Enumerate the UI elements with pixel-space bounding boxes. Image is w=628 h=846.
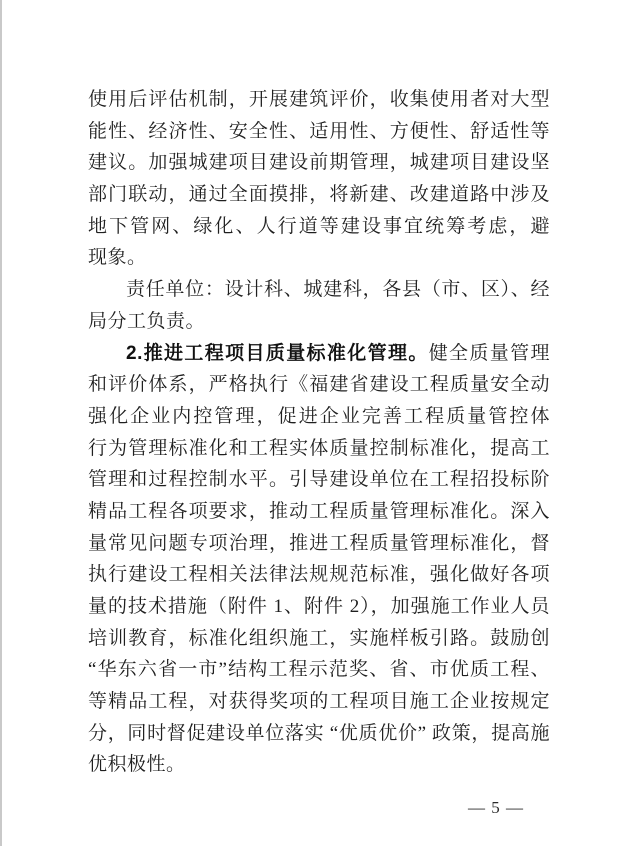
document-page: 使用后评估机制，开展建筑评价，收集使用者对大型公共建筑功 能性、经济性、安全性、… [0,0,628,846]
page-number: — 5 — [468,798,524,818]
document-body: 使用后评估机制，开展建筑评价，收集使用者对大型公共建筑功 能性、经济性、安全性、… [88,84,550,781]
section-heading: 2.推进工程项目质量标准化管理。 [126,343,429,364]
paragraph-item-2: 2.推进工程项目质量标准化管理。健全质量管理标准化制度 和评价体系，严格执行《福… [88,338,550,782]
text-line: 强化企业内控管理，促进企业完善工程质量管控体系，推进质量 [88,401,550,433]
text-line: 建议。加强城建项目建设前期管理，城建项目建设坚持系统思维、 [88,147,550,179]
text-line: 地下管网、绿化、人行道等建设事宜统筹考虑，避免“马路拉链” [88,211,550,243]
text-line: 量常见问题专项治理，推进工程质量管理标准化，督促企业严格 [88,528,550,560]
text-line: 培训教育，标准化组织施工，实施样板引路。鼓励创建“鲁班奖”、 [88,623,550,655]
text-line: 局分工负责。 [88,306,550,338]
text-line: 能性、经济性、安全性、适用性、方便性、舒适性等方面的意见 [88,116,550,148]
text-line-with-heading: 2.推进工程项目质量标准化管理。健全质量管理标准化制度 [88,338,550,370]
text-line: 使用后评估机制，开展建筑评价，收集使用者对大型公共建筑功 [88,84,550,116]
text-line: 分，同时督促建设单位落实 “优质优价” 政策，提高施工企业创 [88,718,550,750]
text-line: “华东六省一市”结构工程示范奖、省、市优质工程、优良项目 [88,654,550,686]
text-line: 和评价体系，严格执行《福建省建设工程质量安全动态监管办法》， [88,369,550,401]
text-line: 量的技术措施（附件 1、附件 2），加强施工作业人员技术交底和 [88,591,550,623]
text-line: 等精品工程，对获得奖项的工程项目施工企业按规定予以信用加 [88,686,550,718]
text-line: 优积极性。 [88,749,550,781]
text-line: 现象。 [88,242,550,274]
text-line: 管理和过程控制水平。引导建设单位在工程招投标阶段落实打造 [88,464,550,496]
paragraph-1: 使用后评估机制，开展建筑评价，收集使用者对大型公共建筑功 能性、经济性、安全性、… [88,84,550,274]
scan-edge-artifact [0,0,2,846]
text-line: 行为管理标准化和工程实体质量控制标准化，提高工程项目质量 [88,433,550,465]
text-line: 执行建设工程相关法律法规规范标准，强化做好各项提升工程质 [88,559,550,591]
text-line: 精品工程各项要求，推动工程质量管理标准化。深入开展工程质 [88,496,550,528]
paragraph-responsible-units: 责任单位：设计科、城建科，各县（市、区）、经开区住建 局分工负责。 [88,274,550,337]
text-line: 部门联动，通过全面摸排，将新建、改建道路中涉及的杆线迁改、 [88,179,550,211]
text-line: 责任单位：设计科、城建科，各县（市、区）、经开区住建 [88,274,550,306]
